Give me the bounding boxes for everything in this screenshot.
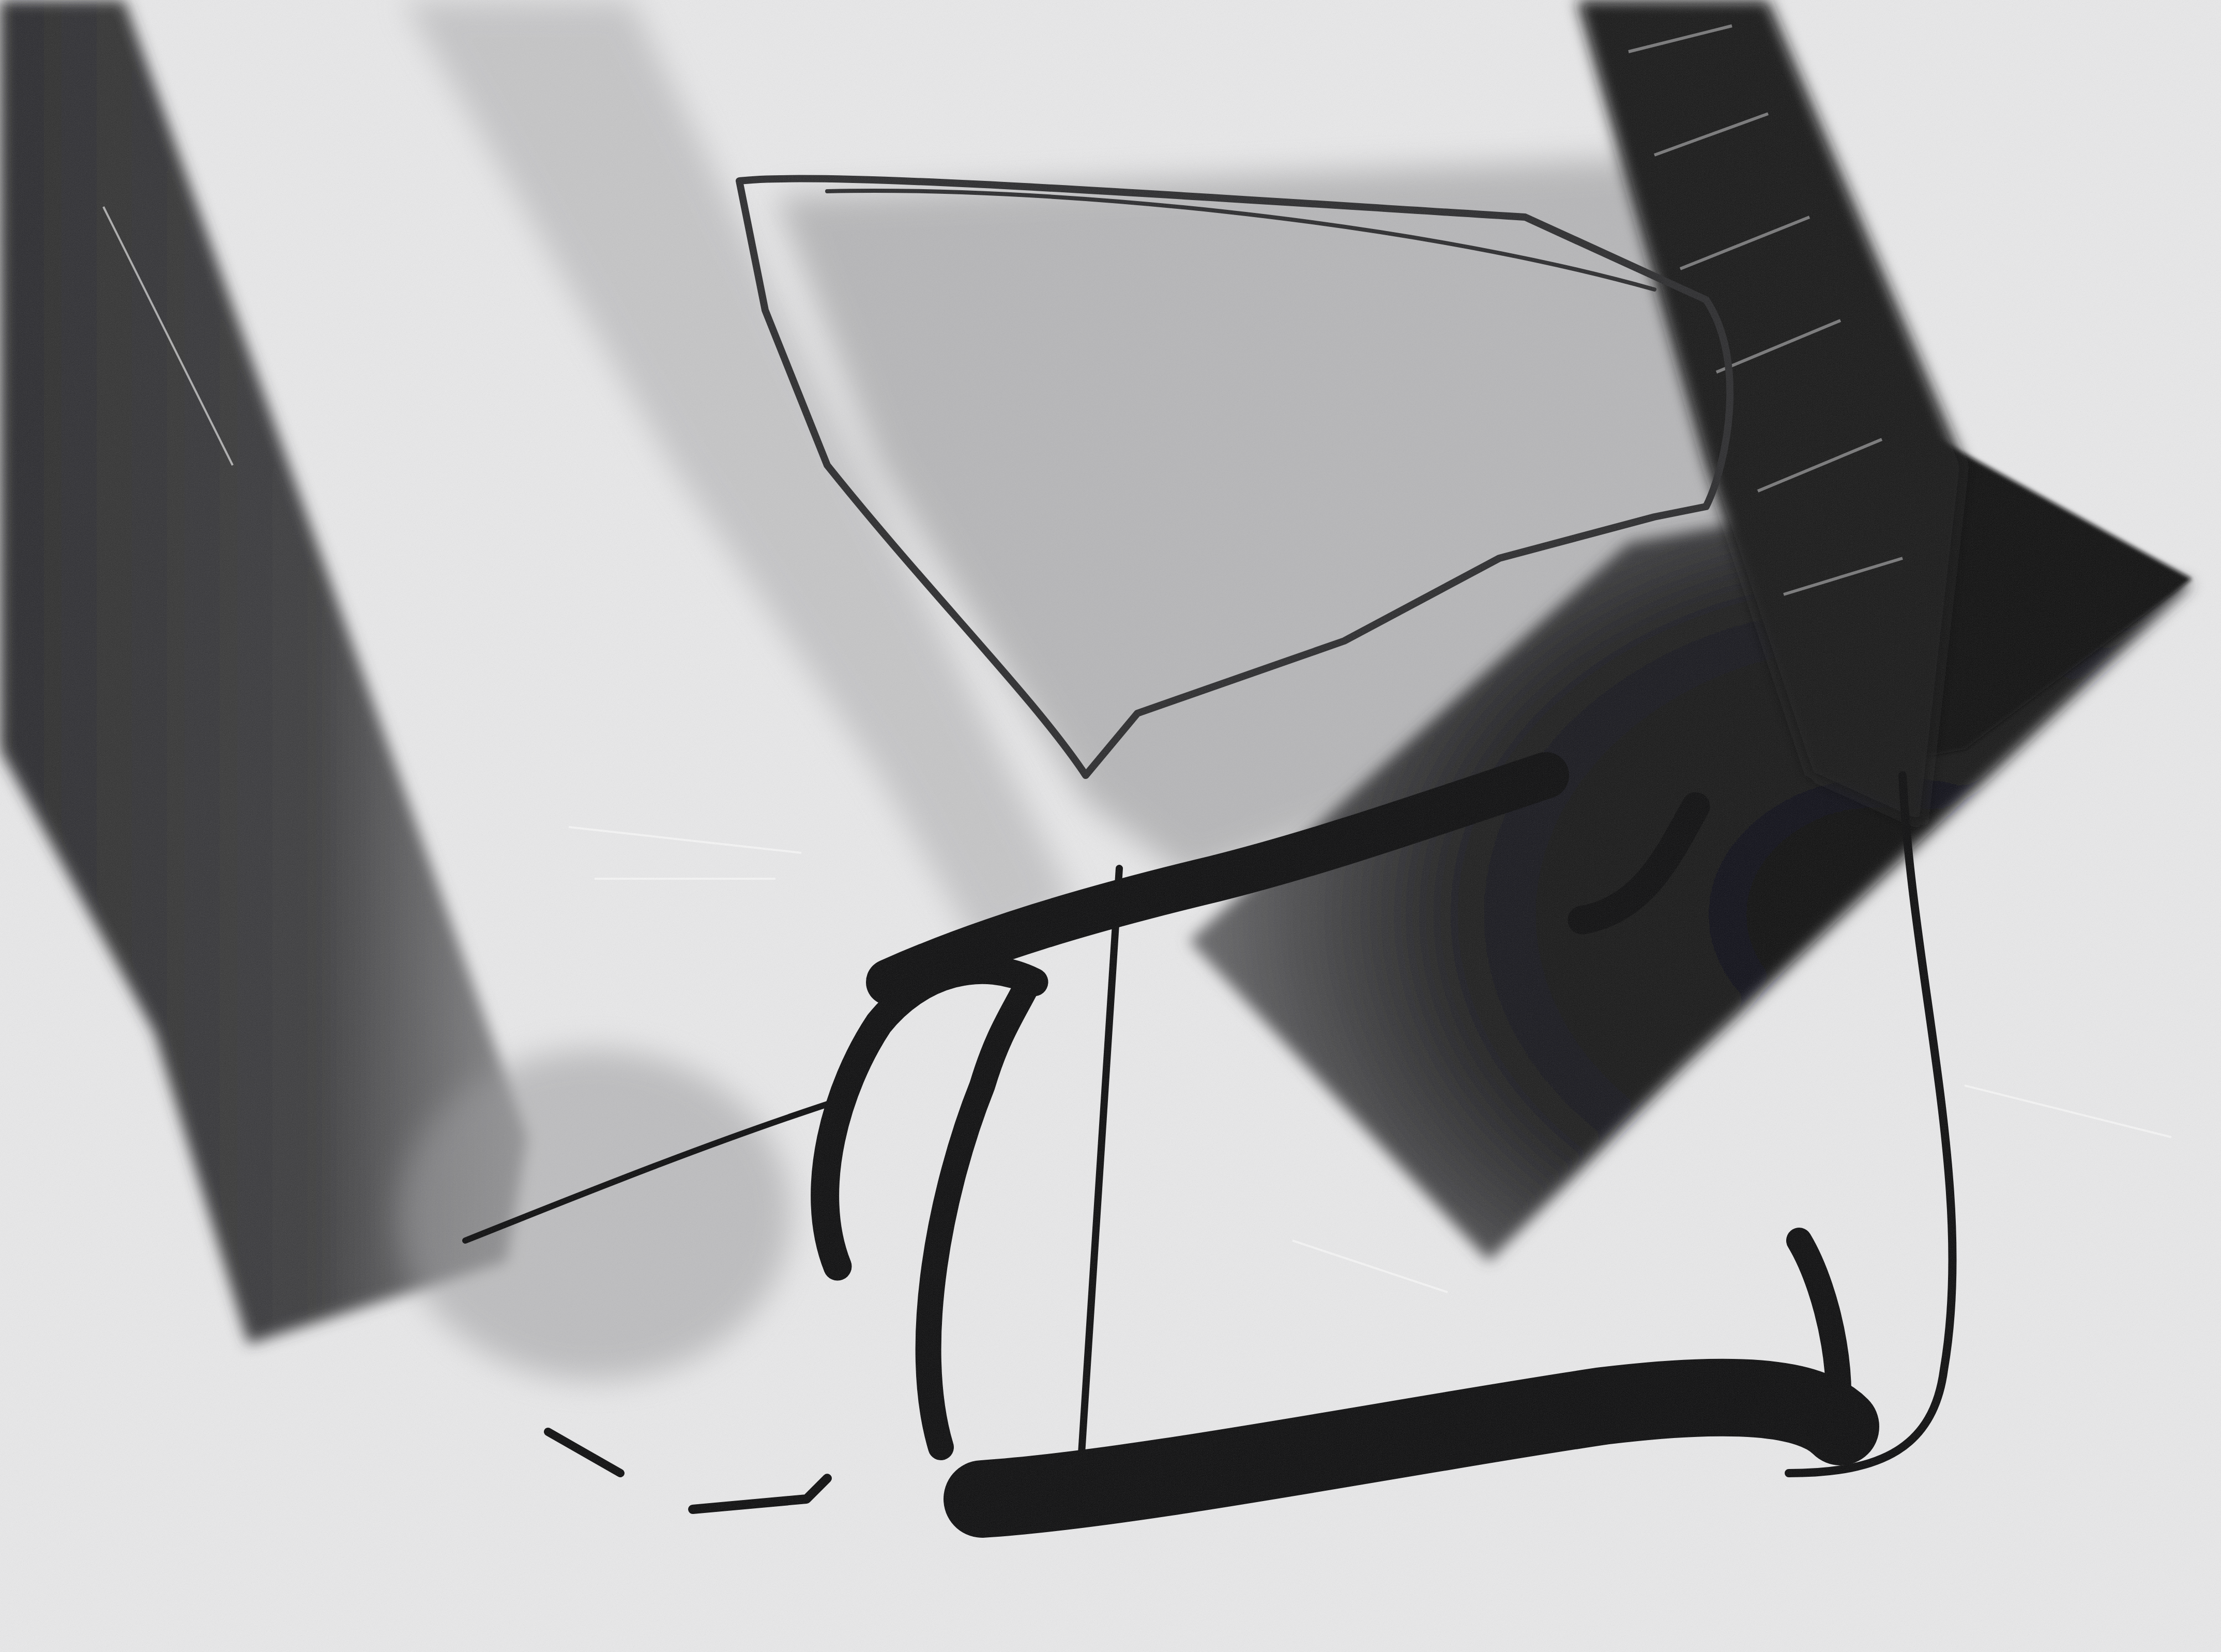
artwork-canvas xyxy=(0,0,2221,1652)
texture-grain xyxy=(0,0,2221,1652)
